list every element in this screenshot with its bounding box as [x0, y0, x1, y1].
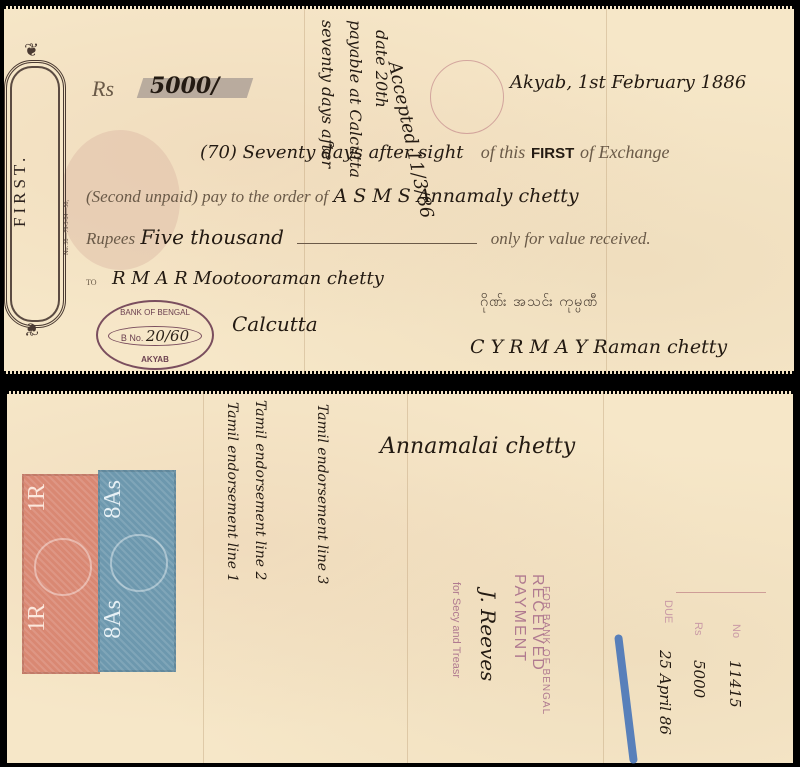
revenue-stamp-8-annas: 8As 8As [98, 470, 176, 672]
rupees-label: Rupees [86, 229, 135, 248]
date-line: Akyab, 1st February 1886 [510, 72, 746, 93]
stamp-number: B No. 20/60 [108, 326, 202, 346]
ornament-top-icon: ❦ [24, 40, 39, 61]
fill-line [297, 243, 477, 244]
received-secretary: for Secy and Treasr [450, 582, 462, 678]
perforation-bottom [4, 371, 794, 374]
amount-words-line: Rupees Five thousand only for value rece… [86, 225, 651, 249]
drawee-city: Calcutta [232, 312, 318, 336]
stamp-branch: AKYAB [98, 355, 212, 364]
ornament-bottom-icon: ❦ [24, 318, 39, 339]
tamil-note: Tamil endorsement line 3 [314, 404, 330, 664]
plate-number: No. 38—79-3-84—50, [64, 200, 70, 255]
to-label: TO [86, 278, 97, 287]
tamil-note: Tamil endorsement line 2 [252, 400, 268, 660]
drawer-signature: C Y R M A Y Raman chetty [470, 336, 727, 358]
amount-prefix: Rs [92, 76, 114, 102]
tamil-note: Tamil endorsement line 1 [224, 402, 240, 662]
fold-line [603, 391, 604, 763]
vertical-note: payable at Calcutta [346, 20, 365, 178]
perforation-top [4, 6, 794, 9]
tenor-printed: of this [481, 142, 526, 162]
stamp-medallion-icon [110, 534, 168, 592]
register-amount-label: Rs [692, 622, 704, 635]
endorsement-signature: Annamalai chetty [380, 434, 575, 459]
tenor-end: of Exchange [580, 142, 669, 162]
revenue-stamp-1-rupee: 1R 1R [22, 474, 100, 674]
order-line: (Second unpaid) pay to the order of A S … [86, 185, 579, 207]
received-signature: J. Reeves [476, 590, 500, 681]
burmese-signature: ဂိုဏ်း အသင်း ကုမ္ပဏီ [480, 292, 598, 313]
perforation-top [7, 391, 793, 394]
bank-of-bengal-stamp: BANK OF BENGAL B No. 20/60 AKYAB [96, 300, 214, 370]
stamp-medallion-icon [34, 538, 92, 596]
register-amount-value: 5000 [690, 660, 708, 698]
faint-stamp-circle [430, 60, 504, 134]
cartouche-label: FIRST. [10, 120, 54, 260]
register-number-value: 11415 [726, 660, 744, 708]
due-value: 25 April 86 [656, 650, 674, 735]
register-number-label: No [730, 624, 742, 638]
vertical-note: seventy days after [318, 20, 337, 168]
fold-line [606, 6, 607, 374]
stamp-bank-name: BANK OF BENGAL [98, 308, 212, 317]
amount-words: Five thousand [141, 225, 284, 249]
amount-value: 5000/ [150, 73, 219, 99]
fold-line [203, 391, 204, 763]
first-word: FIRST [531, 145, 574, 162]
drawee-name: R M A R Mootooraman chetty [112, 268, 384, 289]
due-label: DUE [662, 600, 674, 623]
value-received: only for value received. [491, 229, 651, 248]
tenor-line: (70) Seventy days after sight of this FI… [200, 142, 670, 163]
payee: A S M S Annamaly chetty [333, 185, 578, 207]
order-printed: (Second unpaid) pay to the order of [86, 187, 328, 206]
received-payment-subtitle: FOR BANK OF BENGAL [540, 586, 551, 715]
